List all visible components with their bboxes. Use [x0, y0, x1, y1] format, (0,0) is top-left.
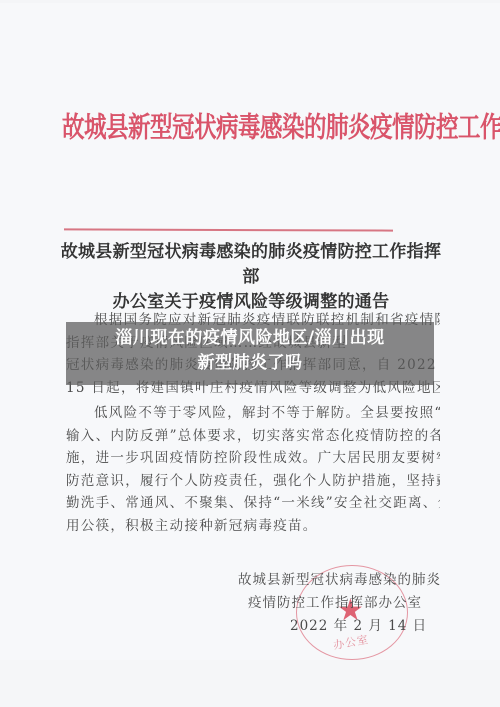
body-line: 低风险不等于零风险，解封不等于解防。全县要按照“外防 — [66, 402, 440, 425]
issuer-line-2: 疫情防控工作指挥部办公室 — [228, 592, 448, 615]
document-title: 故城县新型冠状病毒感染的肺炎疫情防控工作指挥部 办公室关于疫情风险等级调整的通告 — [60, 240, 442, 315]
body-line: 用公筷，积极主动接种新冠病毒疫苗。 — [66, 515, 440, 538]
body-paragraph-2: 低风险不等于零风险，解封不等于解防。全县要按照“外防 输入、内防反弹”总体要求，… — [66, 402, 440, 537]
body-line: 勤洗手、常通风、不聚集、保持“一米线”安全社交距离、分餐制、 — [66, 492, 440, 515]
issue-date: 2022 年 2 月 14 日 — [228, 615, 448, 638]
headline-line-2: 新型肺炎了吗 — [66, 351, 434, 376]
issuer-line-1: 故城县新型冠状病毒感染的肺炎 — [228, 569, 448, 592]
headline-overlay-title: 淄川现在的疫情风险地区/淄川出现 新型肺炎了吗 — [66, 326, 434, 376]
body-line: 施，进一步巩固疫情防控阶段性成效。广大居民朋友要树牢风险 — [66, 447, 440, 470]
headline-line-1: 淄川现在的疫情风险地区/淄川出现 — [66, 326, 434, 351]
signature-block: 故城县新型冠状病毒感染的肺炎 疫情防控工作指挥部办公室 2022 年 2 月 1… — [228, 569, 448, 638]
body-line: 输入、内防反弹”总体要求，切实落实常态化疫情防控的各项措 — [66, 425, 440, 448]
page-bottom-margin — [0, 660, 500, 707]
body-line: 防范意识，履行个人防疫责任，强化个人防护措施，坚持戴口罩、 — [66, 470, 440, 493]
document-title-line-1: 故城县新型冠状病毒感染的肺炎疫情防控工作指挥部 — [60, 240, 442, 290]
letterhead: 故城县新型冠状病毒感染的肺炎疫情防控工作指挥部办公室 — [62, 105, 448, 145]
